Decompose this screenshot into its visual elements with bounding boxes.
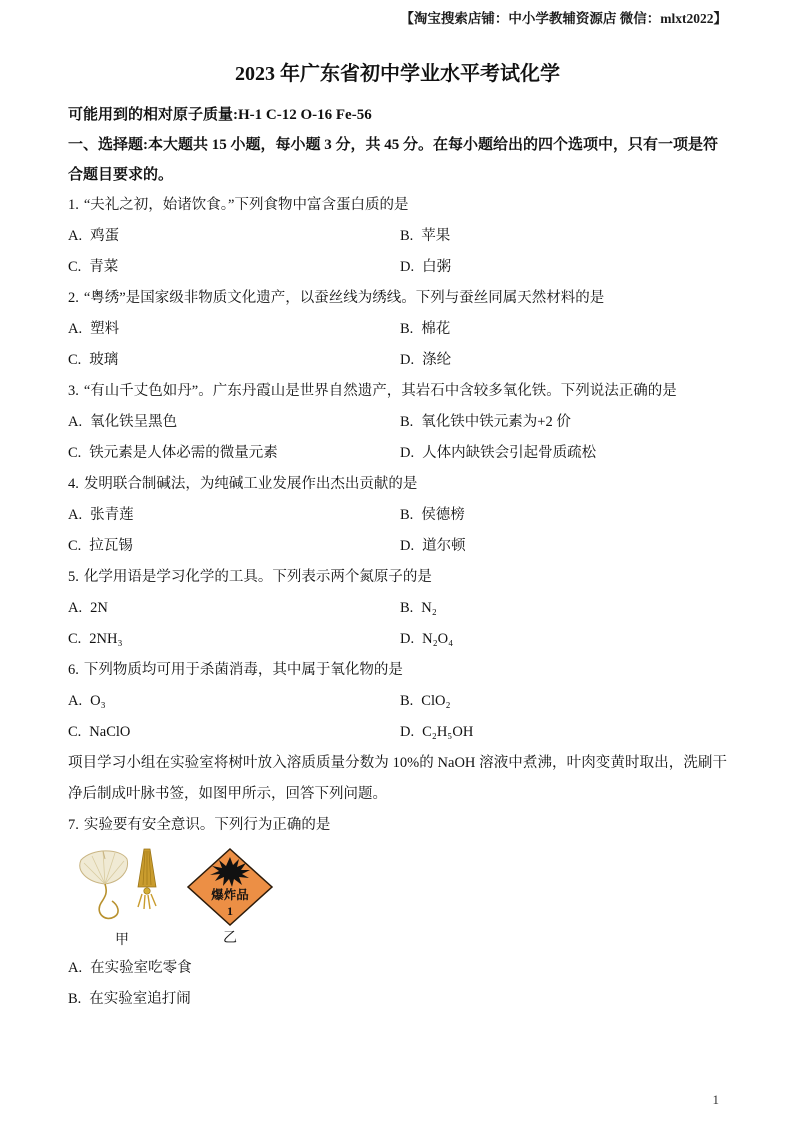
option-c: C.NaClO bbox=[68, 717, 400, 748]
question-number: 5. bbox=[68, 569, 79, 585]
question-7: 7.实验要有安全意识。下列行为正确的是 bbox=[68, 810, 727, 1015]
ginkgo-leaf-bookmark-icon bbox=[72, 847, 172, 929]
option-a: A.2N bbox=[68, 593, 400, 624]
option-a: A.O₃ bbox=[68, 686, 400, 717]
question-text: “夫礼之初，始诸饮食。”下列食物中富含蛋白质的是 bbox=[84, 197, 409, 213]
figure-caption-right: 乙 bbox=[223, 929, 237, 949]
question-7-options: A.在实验室吃零食 B.在实验室追打闹 bbox=[68, 953, 727, 1015]
question-number: 7. bbox=[68, 817, 79, 833]
options-grid: A.O₃ B.ClO₂ C.NaClO D.C₂H₅OH bbox=[68, 686, 727, 748]
options-grid: A.张青莲 B.侯德榜 C.拉瓦锡 D.道尔顿 bbox=[68, 500, 727, 562]
question-1: 1.“夫礼之初，始诸饮食。”下列食物中富含蛋白质的是 A.鸡蛋 B.苹果 C.青… bbox=[68, 190, 727, 283]
option-b: B.在实验室追打闹 bbox=[68, 984, 727, 1015]
project-intro-paragraph: 项目学习小组在实验室将树叶放入溶质质量分数为 10%的 NaOH 溶液中煮沸，叶… bbox=[68, 748, 727, 810]
option-b: B.侯德榜 bbox=[400, 500, 727, 531]
question-number: 1. bbox=[68, 197, 79, 213]
option-a: A.张青莲 bbox=[68, 500, 400, 531]
question-stem: 4.发明联合制碱法，为纯碱工业发展作出杰出贡献的是 bbox=[68, 469, 727, 500]
question-3: 3.“有山千丈色如丹”。广东丹霞山是世界自然遗产，其岩石中含较多氧化铁。下列说法… bbox=[68, 376, 727, 469]
figure-caption-left: 甲 bbox=[115, 931, 129, 951]
option-d: D.N₂O₄ bbox=[400, 624, 727, 655]
option-b: B.苹果 bbox=[400, 221, 727, 252]
question-2: 2.“粤绣”是国家级非物质文化遗产，以蚕丝线为绣线。下列与蚕丝同属天然材料的是 … bbox=[68, 283, 727, 376]
option-c: C.拉瓦锡 bbox=[68, 531, 400, 562]
option-c: C.铁元素是人体必需的微量元素 bbox=[68, 438, 400, 469]
question-4: 4.发明联合制碱法，为纯碱工业发展作出杰出贡献的是 A.张青莲 B.侯德榜 C.… bbox=[68, 469, 727, 562]
option-b: B.棉花 bbox=[400, 314, 727, 345]
options-grid: A.氧化铁呈黑色 B.氧化铁中铁元素为+2 价 C.铁元素是人体必需的微量元素 … bbox=[68, 407, 727, 469]
question-text: “有山千丈色如丹”。广东丹霞山是世界自然遗产，其岩石中含较多氧化铁。下列说法正确… bbox=[84, 383, 677, 399]
option-b: B.ClO₂ bbox=[400, 686, 727, 717]
store-watermark: 【淘宝搜索店铺：中小学教辅资源店 微信：mlxt2022】 bbox=[400, 7, 727, 27]
question-stem: 2.“粤绣”是国家级非物质文化遗产，以蚕丝线为绣线。下列与蚕丝同属天然材料的是 bbox=[68, 283, 727, 314]
leaf-bookmark-figure: 甲 bbox=[68, 847, 176, 951]
question-stem: 5.化学用语是学习化学的工具。下列表示两个氮原子的是 bbox=[68, 562, 727, 593]
page-number: 1 bbox=[713, 1092, 720, 1108]
option-c: C.玻璃 bbox=[68, 345, 400, 376]
question-number: 6. bbox=[68, 662, 79, 678]
option-a: A.在实验室吃零食 bbox=[68, 953, 727, 984]
option-d: D.涤纶 bbox=[400, 345, 727, 376]
options-grid: A.塑料 B.棉花 C.玻璃 D.涤纶 bbox=[68, 314, 727, 376]
question-text: 实验要有安全意识。下列行为正确的是 bbox=[84, 817, 331, 833]
exam-page: 【淘宝搜索店铺：中小学教辅资源店 微信：mlxt2022】 2023 年广东省初… bbox=[0, 0, 793, 1122]
question-text: “粤绣”是国家级非物质文化遗产，以蚕丝线为绣线。下列与蚕丝同属天然材料的是 bbox=[84, 290, 604, 306]
question-7-figure: 甲 爆炸品 1 乙 bbox=[68, 847, 727, 951]
question-number: 3. bbox=[68, 383, 79, 399]
sign-class-number: 1 bbox=[227, 904, 233, 918]
question-number: 2. bbox=[68, 290, 79, 306]
option-d: D.C₂H₅OH bbox=[400, 717, 727, 748]
question-stem: 7.实验要有安全意识。下列行为正确的是 bbox=[68, 810, 727, 841]
section-header: 一、选择题:本大题共 15 小题，每小题 3 分，共 45 分。在每小题给出的四… bbox=[68, 130, 727, 190]
question-number: 4. bbox=[68, 476, 79, 492]
option-d: D.道尔顿 bbox=[400, 531, 727, 562]
question-stem: 1.“夫礼之初，始诸饮食。”下列食物中富含蛋白质的是 bbox=[68, 190, 727, 221]
question-text: 下列物质均可用于杀菌消毒，其中属于氧化物的是 bbox=[84, 662, 403, 678]
option-c: C.2NH₃ bbox=[68, 624, 400, 655]
explosive-sign-icon: 爆炸品 1 bbox=[186, 847, 274, 927]
question-6: 6.下列物质均可用于杀菌消毒，其中属于氧化物的是 A.O₃ B.ClO₂ C.N… bbox=[68, 655, 727, 748]
question-text: 化学用语是学习化学的工具。下列表示两个氮原子的是 bbox=[84, 569, 432, 585]
option-c: C.青菜 bbox=[68, 252, 400, 283]
option-d: D.人体内缺铁会引起骨质疏松 bbox=[400, 438, 727, 469]
question-text: 发明联合制碱法，为纯碱工业发展作出杰出贡献的是 bbox=[84, 476, 418, 492]
atomic-masses-line: 可能用到的相对原子质量:H-1 C-12 O-16 Fe-56 bbox=[68, 100, 727, 130]
question-stem: 3.“有山千丈色如丹”。广东丹霞山是世界自然遗产，其岩石中含较多氧化铁。下列说法… bbox=[68, 376, 727, 407]
exam-title: 2023 年广东省初中学业水平考试化学 bbox=[68, 60, 727, 88]
option-b: B.N₂ bbox=[400, 593, 727, 624]
page-content: 2023 年广东省初中学业水平考试化学 可能用到的相对原子质量:H-1 C-12… bbox=[0, 0, 793, 1015]
option-a: A.塑料 bbox=[68, 314, 400, 345]
sign-label: 爆炸品 bbox=[210, 887, 249, 902]
option-a: A.氧化铁呈黑色 bbox=[68, 407, 400, 438]
option-d: D.白粥 bbox=[400, 252, 727, 283]
explosive-warning-sign: 爆炸品 1 乙 bbox=[180, 847, 280, 949]
options-grid: A.鸡蛋 B.苹果 C.青菜 D.白粥 bbox=[68, 221, 727, 283]
option-b: B.氧化铁中铁元素为+2 价 bbox=[400, 407, 727, 438]
option-a: A.鸡蛋 bbox=[68, 221, 400, 252]
question-5: 5.化学用语是学习化学的工具。下列表示两个氮原子的是 A.2N B.N₂ C.2… bbox=[68, 562, 727, 655]
options-grid: A.2N B.N₂ C.2NH₃ D.N₂O₄ bbox=[68, 593, 727, 655]
question-stem: 6.下列物质均可用于杀菌消毒，其中属于氧化物的是 bbox=[68, 655, 727, 686]
